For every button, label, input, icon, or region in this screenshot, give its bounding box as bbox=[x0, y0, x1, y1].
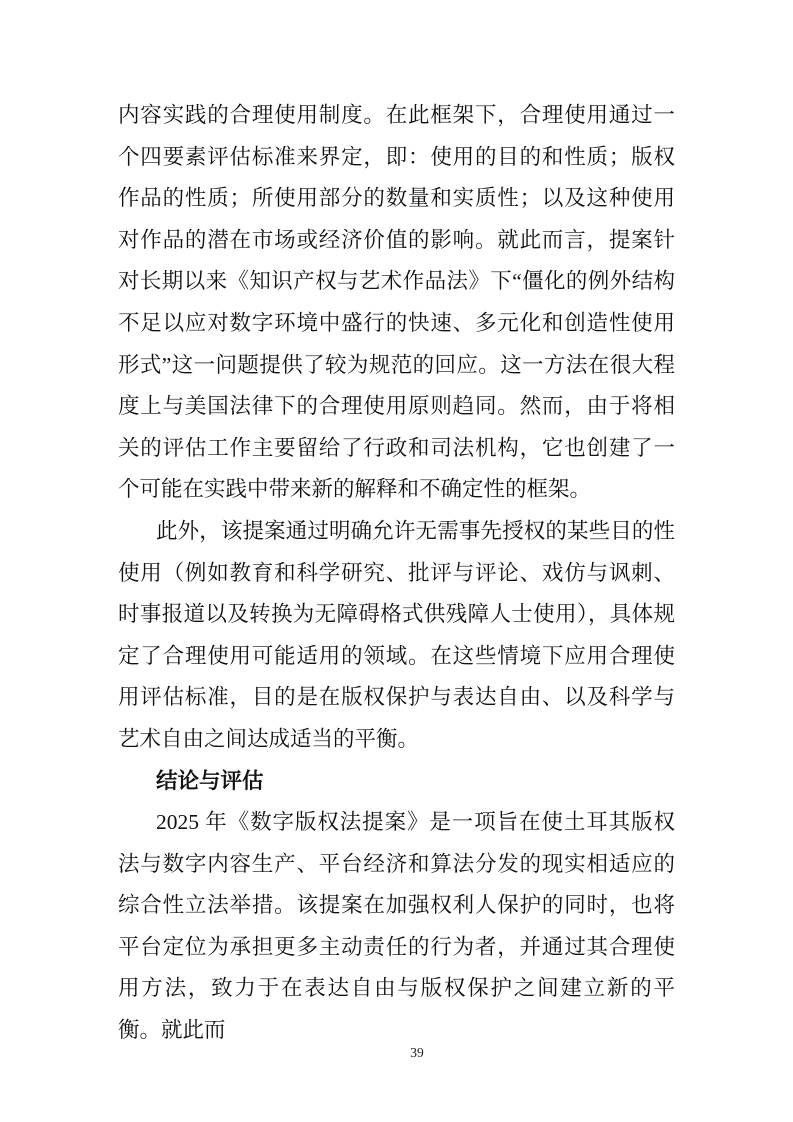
paragraph-conclusion-assessment: 2025 年《数字版权法提案》是一项旨在使土耳其版权法与数字内容生产、平台经济和… bbox=[118, 802, 675, 1052]
body-text: 内容实践的合理使用制度。在此框架下，合理使用通过一个四要素评估标准来界定，即：使… bbox=[118, 95, 675, 1052]
section-heading-conclusion: 结论与评估 bbox=[118, 761, 675, 803]
page-number: 39 bbox=[372, 1044, 462, 1062]
paragraph-permitted-uses: 此外，该提案通过明确允许无需事先授权的某些目的性使用（例如教育和科学研究、批评与… bbox=[118, 511, 675, 761]
paragraph-fair-use-framework: 内容实践的合理使用制度。在此框架下，合理使用通过一个四要素评估标准来界定，即：使… bbox=[118, 95, 675, 511]
document-page: 内容实践的合理使用制度。在此框架下，合理使用通过一个四要素评估标准来界定，即：使… bbox=[0, 0, 793, 1122]
